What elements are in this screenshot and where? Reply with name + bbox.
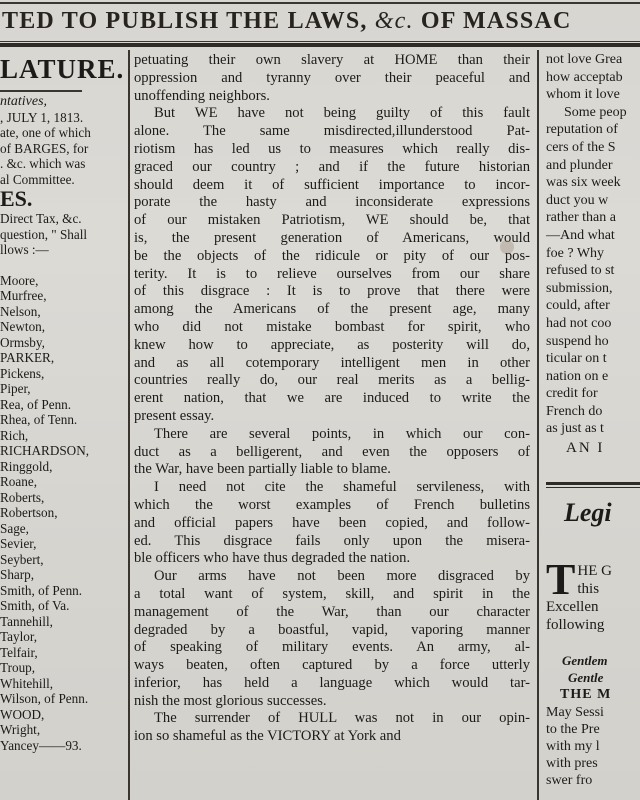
article-line: management of the War, than our characte… <box>134 604 530 622</box>
vote-name: Wright, <box>0 722 124 738</box>
vote-name: Piper, <box>0 381 124 397</box>
article-line: alone. The same misdirected,illunderstoo… <box>134 123 530 141</box>
article-line: petuating their own slavery at HOME than… <box>134 52 530 70</box>
vote-name: Robertson, <box>0 505 124 521</box>
vote-name: Roane, <box>0 474 124 490</box>
article-line: who did not mistake bombast for spirit, … <box>134 319 530 337</box>
right-column-line: credit for <box>546 385 640 403</box>
article-line: inferior, has held a language which woul… <box>134 675 530 693</box>
rule-thick <box>546 482 640 485</box>
article-line: ed. This disgrace fails only upon the mi… <box>134 533 530 551</box>
proclamation-line: to the Pre <box>546 721 640 738</box>
right-column-line: was six week <box>546 174 640 192</box>
middle-column-article: petuating their own slavery at HOME than… <box>134 50 530 800</box>
drop-cap: T <box>546 562 575 598</box>
right-column-line: Some peop <box>546 104 640 122</box>
article-line: riotism has led us to measures which rea… <box>134 141 530 159</box>
vote-name-list: Moore, Murfree, Nelson, Newton, Ormsby, … <box>0 273 124 754</box>
right-column-line: —And what <box>546 227 640 245</box>
section-rule <box>546 482 640 488</box>
article-body: petuating their own slavery at HOME than… <box>134 50 530 746</box>
masthead-text-after: OF MASSAC <box>414 8 572 34</box>
right-column-line: reputation of <box>546 121 640 139</box>
article-line: There are several points, in which our c… <box>134 426 530 444</box>
masthead-amp: &c. <box>375 8 414 34</box>
article-line: present essay. <box>134 408 530 426</box>
intro-line: ntatives, <box>0 94 124 110</box>
left-column-text: ntatives, , JULY 1, 1813. ate, one of wh… <box>0 94 124 753</box>
vote-name: Seybert, <box>0 552 124 568</box>
proclamation-line: with my l <box>546 738 640 755</box>
right-column-line: not love Grea <box>546 51 640 69</box>
intro-line: of BARGES, for <box>0 141 124 157</box>
right-column-line: and plunder <box>546 157 640 175</box>
vote-name: Troup, <box>0 660 124 676</box>
legislature-section-heading: Legi <box>564 498 612 528</box>
article-line: ways beaten, often captured by a force u… <box>134 657 530 675</box>
right-column-line: had not coo <box>546 315 640 333</box>
signature: AN I <box>566 440 604 457</box>
question-line: question, " Shall <box>0 227 124 243</box>
salutation: Gentle <box>546 669 640 686</box>
vote-name: WOOD, <box>0 707 124 723</box>
article-line: The surrender of HULL was not in our opi… <box>134 710 530 728</box>
article-line: porate the hasty and inconsiderate expre… <box>134 194 530 212</box>
intro-line: al Committee. <box>0 172 124 188</box>
right-column-line: how acceptab <box>546 69 640 87</box>
question-line: llows :— <box>0 242 124 258</box>
rule-thin <box>546 487 640 488</box>
proclamation-line: with pres <box>546 755 640 772</box>
vote-name: RICHARDSON, <box>0 443 124 459</box>
right-column-line: as just as t <box>546 420 640 438</box>
article-line: knew how to appreciate, as posterity wil… <box>134 337 530 355</box>
vote-name: Ormsby, <box>0 335 124 351</box>
masthead-rule-thin <box>0 41 640 42</box>
vote-name: Tannehill, <box>0 614 124 630</box>
right-column-line: could, after <box>546 297 640 315</box>
vote-name: Wilson, of Penn. <box>0 691 124 707</box>
right-column-line: rather than a <box>546 209 640 227</box>
vote-name: Moore, <box>0 273 124 289</box>
right-column-text: not love Greahow acceptabwhom it loveSom… <box>546 50 640 438</box>
article-line: and as all cotemporary intelligent men i… <box>134 355 530 373</box>
article-line: graced our country ; and if the future h… <box>134 159 530 177</box>
column-divider-right <box>537 50 539 800</box>
article-line: terity. It is to relieve ourselves from … <box>134 266 530 284</box>
article-line: should deem it of sufficient importance … <box>134 177 530 195</box>
right-column-line: nation on e <box>546 368 640 386</box>
masthead: TED TO PUBLISH THE LAWS, &c. OF MASSAC <box>0 4 640 38</box>
right-column-line: ticular on t <box>546 350 640 368</box>
vote-name: Roberts, <box>0 490 124 506</box>
vote-name: Rhea, of Tenn. <box>0 412 124 428</box>
right-column-line: duct you w <box>546 192 640 210</box>
intro-line: . &c. which was <box>0 156 124 172</box>
salutation: Gentlem <box>546 652 640 669</box>
article-line: of speaking of military events. An army,… <box>134 639 530 657</box>
article-line: a total want of system, skill, and spiri… <box>134 586 530 604</box>
article-line: countries really do, our real merits as … <box>134 372 530 390</box>
masthead-rule-thick <box>0 43 640 47</box>
article-line: be the objects of the ridicule or pity o… <box>134 248 530 266</box>
article-line: duct as a belligerent, and even the oppo… <box>134 444 530 462</box>
article-line: oppression and tyranny over their peacef… <box>134 70 530 88</box>
right-column-line: whom it love <box>546 86 640 104</box>
paper-stain <box>500 240 514 254</box>
newspaper-page: TED TO PUBLISH THE LAWS, &c. OF MASSAC L… <box>0 0 640 800</box>
vote-name: Taylor, <box>0 629 124 645</box>
article-line: degraded by a boastful, vapid, vaporing … <box>134 622 530 640</box>
vote-name: PARKER, <box>0 350 124 366</box>
article-line: erent nation, that we are induced to wri… <box>134 390 530 408</box>
vote-name: Sharp, <box>0 567 124 583</box>
right-column-line: cers of the S <box>546 139 640 157</box>
vote-name: Telfair, <box>0 645 124 661</box>
article-line: Our arms have not been more disgraced by <box>134 568 530 586</box>
vote-name: Ringgold, <box>0 459 124 475</box>
masthead-text-before: TED TO PUBLISH THE LAWS, <box>2 8 375 34</box>
article-line: ion so shameful as the VICTORY at York a… <box>134 728 530 746</box>
proclamation-line: Excellen <box>546 598 640 616</box>
vote-name: Sage, <box>0 521 124 537</box>
question-line: Direct Tax, &c. <box>0 211 124 227</box>
right-column-line: suspend ho <box>546 333 640 351</box>
vote-name: Pickens, <box>0 366 124 382</box>
right-column-line: submission, <box>546 280 640 298</box>
right-column-line: French do <box>546 403 640 421</box>
legislature-heading: LATURE. <box>0 54 124 85</box>
right-column-line: refused to st <box>546 262 640 280</box>
article-line: I need not cite the shameful servileness… <box>134 479 530 497</box>
article-line: the War, have been partially liable to b… <box>134 461 530 479</box>
article-line: of this disgrace : It is to prove that t… <box>134 283 530 301</box>
proclamation-line: following <box>546 616 640 634</box>
vote-name: Rea, of Penn. <box>0 397 124 413</box>
vote-name: Smith, of Penn. <box>0 583 124 599</box>
article-line: unoffending neighbors. <box>134 88 530 106</box>
article-line: among the Americans of the present age, … <box>134 301 530 319</box>
vote-name: Rich, <box>0 428 124 444</box>
heading-rule <box>0 90 82 92</box>
proclamation-line: swer fro <box>546 772 640 789</box>
article-line: which the worst examples of French bulle… <box>134 497 530 515</box>
vote-name: Sevier, <box>0 536 124 552</box>
proclamation-line: THE M <box>546 686 640 704</box>
article-line: But WE have not being guilty of this fau… <box>134 105 530 123</box>
article-line: of our mistaken Patriotism, WE should be… <box>134 212 530 230</box>
right-column: not love Greahow acceptabwhom it loveSom… <box>546 50 640 800</box>
article-line: and official papers have been copied, an… <box>134 515 530 533</box>
article-line: ble officers who have thus degraded the … <box>134 550 530 568</box>
column-divider-left <box>128 50 130 800</box>
left-column: LATURE. ntatives, , JULY 1, 1813. ate, o… <box>0 50 124 800</box>
vote-name: Nelson, <box>0 304 124 320</box>
vote-name: Yancey——93. <box>0 738 124 754</box>
vote-name: Smith, of Va. <box>0 598 124 614</box>
vote-name: Murfree, <box>0 288 124 304</box>
intro-line: ate, one of which <box>0 125 124 141</box>
intro-line: , JULY 1, 1813. <box>0 110 124 126</box>
right-column-line: foe ? Why <box>546 245 640 263</box>
proclamation: T HE G this Excellen following Gentlem G… <box>546 562 640 789</box>
vote-name: Whitehill, <box>0 676 124 692</box>
article-line: nish the most glorious successes. <box>134 693 530 711</box>
yeas-subheading: ES. <box>0 187 124 211</box>
article-line: is, the present generation of Americans,… <box>134 230 530 248</box>
proclamation-line: May Sessi <box>546 704 640 721</box>
vote-name: Newton, <box>0 319 124 335</box>
